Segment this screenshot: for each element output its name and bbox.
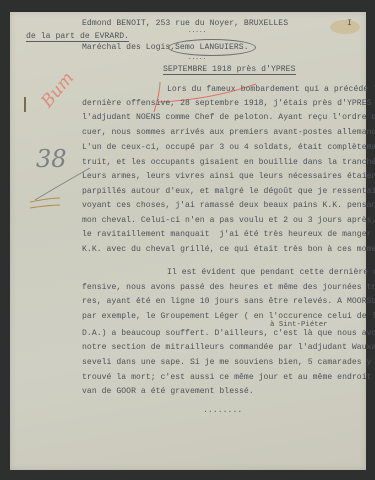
body-line: l'adjudant NOENS comme Chef de peloton. …	[82, 113, 375, 122]
rank-name: Semo LANGUIERS.	[168, 39, 256, 56]
body-line: trouvé la mort; c'est aussi ce même jour…	[82, 373, 375, 382]
body-line: L'un de ceux-ci, occupé par 3 ou 4 solda…	[82, 143, 375, 152]
footer-dots: ........	[203, 406, 242, 415]
body-line: parpillés autour d'eux, et malgré le dég…	[82, 187, 375, 196]
rank-prefix: Maréchal des Logis,	[82, 43, 175, 52]
document-page: Edmond BENOIT, 253 rue du Noyer, BRUXELL…	[10, 12, 366, 470]
body-line: notre section de mitrailleurs commandée …	[82, 343, 375, 352]
body-line: res, ayant été en ligne 10 jours sans êt…	[82, 297, 375, 306]
body-line: dernière offensive, 28 septembre 1918, j…	[82, 99, 375, 108]
body-line: le ravitaillement manquait j'ai été très…	[82, 230, 375, 239]
interlinear-note: à Sint-Piéter	[270, 321, 328, 329]
body-line: cuer, nous sommes arrivés aux premiers a…	[82, 128, 375, 137]
body-line: voyant ces choses, j'ai ramassé deux bea…	[82, 201, 375, 210]
stain	[330, 20, 360, 34]
body-line: seveli dans une sape. Si je me souviens …	[82, 358, 375, 367]
body-line: K.K. avec du cheval grillé, ce qui était…	[82, 245, 375, 254]
body-line: truit, et les occupants gisaient en boui…	[82, 158, 375, 167]
body-line: Lors du fameux bombardement qui a précéd…	[167, 85, 375, 94]
body-line: Leurs armes, leurs vivres ainsi que leur…	[82, 172, 375, 181]
dots-top: .....	[188, 27, 206, 34]
body-line: par exemple, le Groupement Léger ( en l'…	[82, 312, 375, 321]
page-number: I	[347, 19, 352, 28]
body-line: fensive, nous avons passé des heures et …	[82, 283, 375, 292]
body-line: Il est évident que pendant cette dernièr…	[167, 268, 375, 277]
source-line: de la part de EVRARD.	[26, 32, 129, 42]
body-line: D.A.) a beaucoup souffert. D'ailleurs, c…	[82, 329, 375, 338]
body-line: mon cheval. Celui-ci n'en a pas voulu et…	[82, 216, 375, 225]
sender-line: Edmond BENOIT, 253 rue du Noyer, BRUXELL…	[82, 19, 288, 28]
dots-bottom: .....	[188, 54, 206, 61]
body-line: van de GOOR a été gravement blessé.	[82, 387, 254, 396]
